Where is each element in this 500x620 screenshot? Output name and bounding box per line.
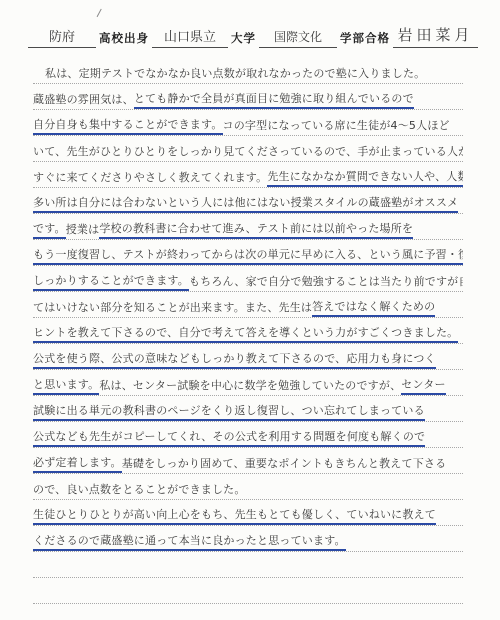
essay-line: 必ず定着します。基礎をしっかり固めて、重要なポイントもきちんと教えて下さる bbox=[33, 448, 463, 474]
underlined-phrase: 必ず定着します。 bbox=[33, 456, 122, 473]
essay-text-segment: 基礎をしっかり固めて、重要なポイントもきちんと教えて下さる bbox=[122, 457, 447, 471]
school-field: 防府 bbox=[28, 26, 96, 48]
underlined-phrase: センター bbox=[401, 378, 445, 395]
essay-line: 蔵盛塾の雰囲気は、とても静かで全員が真面目に勉強に取り組んでいるので bbox=[33, 84, 463, 110]
essay-text-segment: ので、良い点数をとることができました。 bbox=[33, 483, 246, 497]
underlined-phrase: ヒントを教えて下さるので、自分で考えて答えを導くという力がすごくつきました。 bbox=[33, 326, 458, 343]
underlined-phrase: 答えではなく解くための bbox=[312, 300, 435, 317]
essay-line: と思います。私は、センター試験を中心に数学を勉強していたのですが、センター bbox=[33, 370, 463, 396]
essay-text-segment: 蔵盛塾の雰囲気は、 bbox=[33, 93, 134, 107]
essay-line: すぐに来てくださりやさしく教えてくれます。先生になかなか質問できない人や、人数が bbox=[33, 162, 463, 188]
underlined-phrase: 学校の教科書に合わせて進み、テスト前には以前やった場所を bbox=[99, 222, 413, 239]
underlined-phrase: とても静かで全員が真面目に勉強に取り組んでいるので bbox=[134, 92, 414, 109]
university-label: 大学 bbox=[228, 30, 259, 48]
essay-text-segment: すぐに来てくださりやさしく教えてくれます。 bbox=[33, 171, 267, 185]
department-label: 学部合格 bbox=[337, 30, 393, 48]
header: 防府 高校出身 山口県立 大学 国際文化 学部合格 岩田菜月 bbox=[28, 24, 478, 48]
university-field: 山口県立 bbox=[152, 26, 228, 48]
underlined-phrase: 自分自身も集中することができます。 bbox=[33, 118, 223, 135]
essay-line: しっかりすることができます。もちろん、家で自分で勉強することは当たり前ですが自分… bbox=[33, 266, 463, 292]
empty-ruled-line bbox=[33, 552, 463, 578]
essay-text-segment: 授業は bbox=[66, 223, 100, 237]
essay-line: 試験に出る単元の教科書のページをくり返し復習し、つい忘れてしまっている bbox=[33, 396, 463, 422]
essay-body: 私は、定期テストでなかなか良い点数が取れなかったので塾に入りました。蔵盛塾の雰囲… bbox=[33, 58, 463, 604]
essay-line: です。授業は学校の教科書に合わせて進み、テスト前には以前やった場所を bbox=[33, 214, 463, 240]
essay-line: ヒントを教えて下さるので、自分で考えて答えを導くという力がすごくつきました。 bbox=[33, 318, 463, 344]
underlined-phrase: 多い所は自分には合わないという人には他にはない授業スタイルの蔵盛塾がオススメ bbox=[33, 196, 458, 213]
essay-line: 私は、定期テストでなかなか良い点数が取れなかったので塾に入りました。 bbox=[33, 58, 463, 84]
underlined-phrase: 先生になかなか質問できない人や、人数が bbox=[267, 170, 463, 187]
underlined-phrase: です。 bbox=[33, 222, 66, 239]
essay-line: くださるので蔵盛塾に通って本当に良かったと思っています。 bbox=[33, 526, 463, 552]
essay-line: 公式なども先生がコピーしてくれ、その公式を利用する問題を何度も解くので bbox=[33, 422, 463, 448]
underlined-phrase: と思います。 bbox=[33, 378, 99, 395]
essay-line: いて、先生がひとりひとりをしっかり見てくださっているので、手が止まっている人がい… bbox=[33, 136, 463, 162]
essay-line: 自分自身も集中することができます。コの字型になっている席に生徒が4〜5人ほど bbox=[33, 110, 463, 136]
underlined-phrase: くださるので蔵盛塾に通って本当に良かったと思っています。 bbox=[33, 534, 346, 551]
underlined-phrase: 公式なども先生がコピーしてくれ、その公式を利用する問題を何度も解くので bbox=[33, 430, 425, 447]
student-name-field: 岩田菜月 bbox=[393, 24, 478, 48]
stray-pen-mark bbox=[91, 6, 101, 17]
essay-line: てはいけない部分を知ることが出来ます。また、先生は答えではなく解くための bbox=[33, 292, 463, 318]
empty-ruled-line bbox=[33, 578, 463, 604]
underlined-phrase: 生徒ひとりひとりが高い向上心をもち、先生もとても優しく、ていねいに教えて bbox=[33, 508, 436, 525]
underlined-phrase: しっかりすることができます。 bbox=[33, 274, 189, 291]
paper-sheet: 防府 高校出身 山口県立 大学 国際文化 学部合格 岩田菜月 私は、定期テストで… bbox=[0, 0, 500, 620]
department-field: 国際文化 bbox=[259, 28, 337, 48]
essay-text-segment: てはいけない部分を知ることが出来ます。また、先生は bbox=[33, 301, 312, 315]
essay-line: ので、良い点数をとることができました。 bbox=[33, 474, 463, 500]
underlined-phrase: 公式を使う際、公式の意味などもしっかり教えて下さるので、応用力も身につく bbox=[33, 352, 436, 369]
essay-text-segment: もちろん、家で自分で勉強することは当たり前ですが自分がしなく bbox=[189, 275, 463, 289]
essay-line: もう一度復習し、テストが終わってからは次の単元に早めに入る、という風に予習・復習… bbox=[33, 240, 463, 266]
underlined-phrase: 試験に出る単元の教科書のページをくり返し復習し、つい忘れてしまっている bbox=[33, 404, 425, 421]
underlined-phrase: もう一度復習し、テストが終わってからは次の単元に早めに入る、という風に予習・復習… bbox=[33, 248, 463, 265]
essay-line: 生徒ひとりひとりが高い向上心をもち、先生もとても優しく、ていねいに教えて bbox=[33, 500, 463, 526]
school-label: 高校出身 bbox=[96, 30, 152, 48]
essay-line: 多い所は自分には合わないという人には他にはない授業スタイルの蔵盛塾がオススメ bbox=[33, 188, 463, 214]
essay-line: 公式を使う際、公式の意味などもしっかり教えて下さるので、応用力も身につく bbox=[33, 344, 463, 370]
essay-text-segment: いて、先生がひとりひとりをしっかり見てくださっているので、手が止まっている人がい… bbox=[33, 145, 463, 159]
essay-text-segment: 私は、定期テストでなかなか良い点数が取れなかったので塾に入りました。 bbox=[45, 67, 425, 81]
essay-text-segment: コの字型になっている席に生徒が4〜5人ほど bbox=[223, 119, 450, 133]
essay-text-segment: 私は、センター試験を中心に数学を勉強していたのですが、 bbox=[99, 379, 401, 393]
